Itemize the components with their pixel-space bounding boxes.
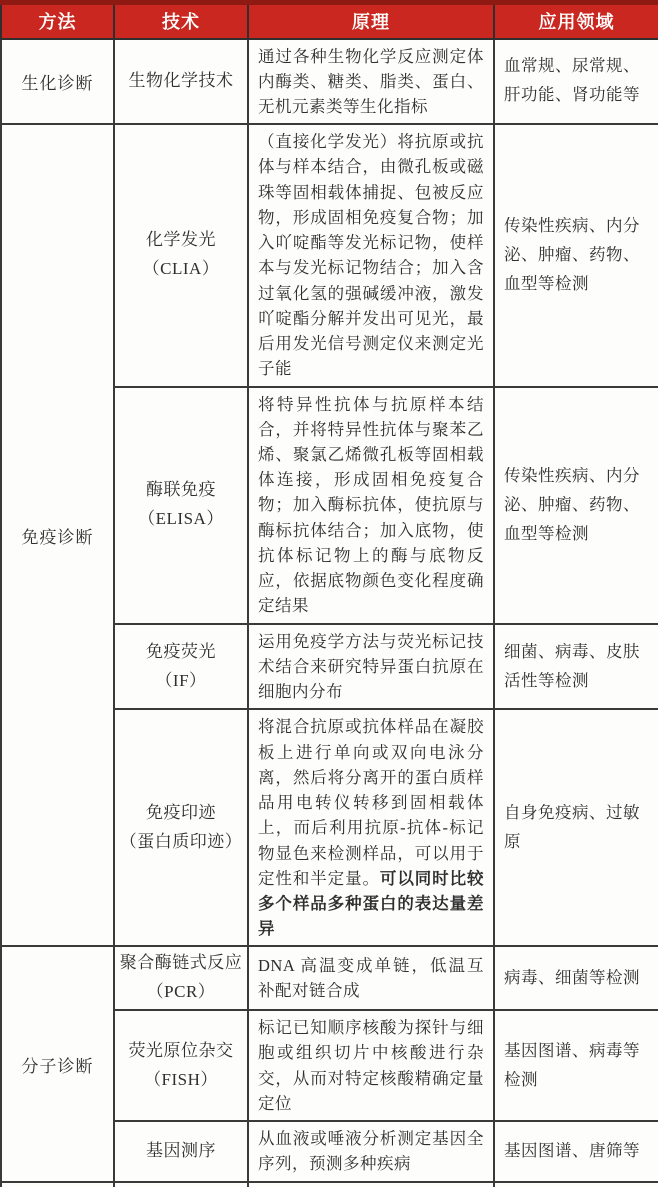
method-cell-immuno: 免疫诊断 <box>1 124 114 946</box>
tech-abbr: （ELISA） <box>119 505 243 534</box>
tech-abbr: （CLIA） <box>119 255 243 284</box>
tech-abbr: （PCR） <box>119 978 243 1007</box>
tech-cell: 生物化学技术 <box>114 39 248 125</box>
application-cell: 基因图谱、唐筛等 <box>494 1121 658 1181</box>
tech-cell: 基因测序 <box>114 1121 248 1181</box>
tech-cell: 酶联免疫 （ELISA） <box>114 387 248 624</box>
tech-cell: 免疫印迹 （蛋白质印迹） <box>114 709 248 946</box>
table-row: 免疫诊断 化学发光 （CLIA） （直接化学发光）将抗原或抗体与样本结合，由微孔… <box>1 124 658 386</box>
table-header-row: 方法 技术 原理 应用领域 <box>1 3 658 39</box>
application-cell: 血常规、尿常规、肝功能、肾功能等 <box>494 39 658 125</box>
tech-cell: 荧光原位杂交 （FISH） <box>114 1010 248 1121</box>
principle-cell: 将特异性抗体与抗原样本结合，并将特异性抗体与聚苯乙烯、聚氯乙烯微孔板等固相载体连… <box>248 387 494 624</box>
principle-cell: 将混合抗原或抗体样品在凝胶板上进行单向或双向电泳分离，然后将分离开的蛋白质样品用… <box>248 709 494 946</box>
header-cell-application: 应用领域 <box>494 3 658 39</box>
header-cell-technique: 技术 <box>114 3 248 39</box>
tech-name: 免疫荧光 <box>119 638 243 667</box>
tech-cell: 聚合酶链式反应 （PCR） <box>114 946 248 1010</box>
principle-cell: 运用免疫学方法与荧光标记技术结合来研究特异蛋白抗原在细胞内分布 <box>248 624 494 710</box>
tech-name: 荧光原位杂交 <box>119 1037 243 1066</box>
diagnostics-methods-table: 方法 技术 原理 应用领域 生化诊断 生物化学技术 通过各种生物化学反应测定体内… <box>0 0 658 1187</box>
tech-cell: 化学发光 （CLIA） <box>114 124 248 386</box>
tech-name: 化学发光 <box>119 226 243 255</box>
application-cell: 自身免疫病、过敏原 <box>494 709 658 946</box>
empty-cell <box>114 1182 248 1187</box>
tech-name: 基因测序 <box>119 1137 243 1166</box>
principle-cell: 从血液或唾液分析测定基因全序列，预测多种疾病 <box>248 1121 494 1181</box>
tech-abbr: （蛋白质印迹） <box>119 828 243 857</box>
application-cell: 传染性疾病、内分泌、肿瘤、药物、血型等检测 <box>494 387 658 624</box>
tech-cell: 免疫荧光 （IF） <box>114 624 248 710</box>
principle-cell: 通过各种生物化学反应测定体内酶类、糖类、脂类、蛋白、无机元素类等生化指标 <box>248 39 494 125</box>
principle-cell: （直接化学发光）将抗原或抗体与样本结合，由微孔板或磁珠等固相载体捕捉、包被反应物… <box>248 124 494 386</box>
application-cell: 传染性疾病、内分泌、肿瘤、药物、血型等检测 <box>494 124 658 386</box>
tech-name: 酶联免疫 <box>119 476 243 505</box>
tech-abbr: （FISH） <box>119 1066 243 1095</box>
method-cell-biochemical: 生化诊断 <box>1 39 114 125</box>
principle-cell: DNA 高温变成单链，低温互补配对链合成 <box>248 946 494 1010</box>
empty-cell <box>1 1182 114 1187</box>
empty-cell <box>248 1182 494 1187</box>
header-cell-principle: 原理 <box>248 3 494 39</box>
method-cell-molecular: 分子诊断 <box>1 946 114 1181</box>
table-row: 生化诊断 生物化学技术 通过各种生物化学反应测定体内酶类、糖类、脂类、蛋白、无机… <box>1 39 658 125</box>
table-row: 分子诊断 聚合酶链式反应 （PCR） DNA 高温变成单链，低温互补配对链合成 … <box>1 946 658 1010</box>
table-row-cutoff <box>1 1182 658 1187</box>
tech-abbr: （IF） <box>119 667 243 696</box>
tech-name: 生物化学技术 <box>119 67 243 96</box>
application-cell: 细菌、病毒、皮肤活性等检测 <box>494 624 658 710</box>
application-cell: 基因图谱、病毒等检测 <box>494 1010 658 1121</box>
principle-cell: 标记已知顺序核酸为探针与细胞或组织切片中核酸进行杂交，从而对特定核酸精确定量定位 <box>248 1010 494 1121</box>
empty-cell <box>494 1182 658 1187</box>
application-cell: 病毒、细菌等检测 <box>494 946 658 1010</box>
header-cell-method: 方法 <box>1 3 114 39</box>
tech-name: 聚合酶链式反应 <box>119 949 243 978</box>
tech-name: 免疫印迹 <box>119 799 243 828</box>
principle-text: 将混合抗原或抗体样品在凝胶板上进行单向或双向电泳分离，然后将分离开的蛋白质样品用… <box>258 717 484 887</box>
